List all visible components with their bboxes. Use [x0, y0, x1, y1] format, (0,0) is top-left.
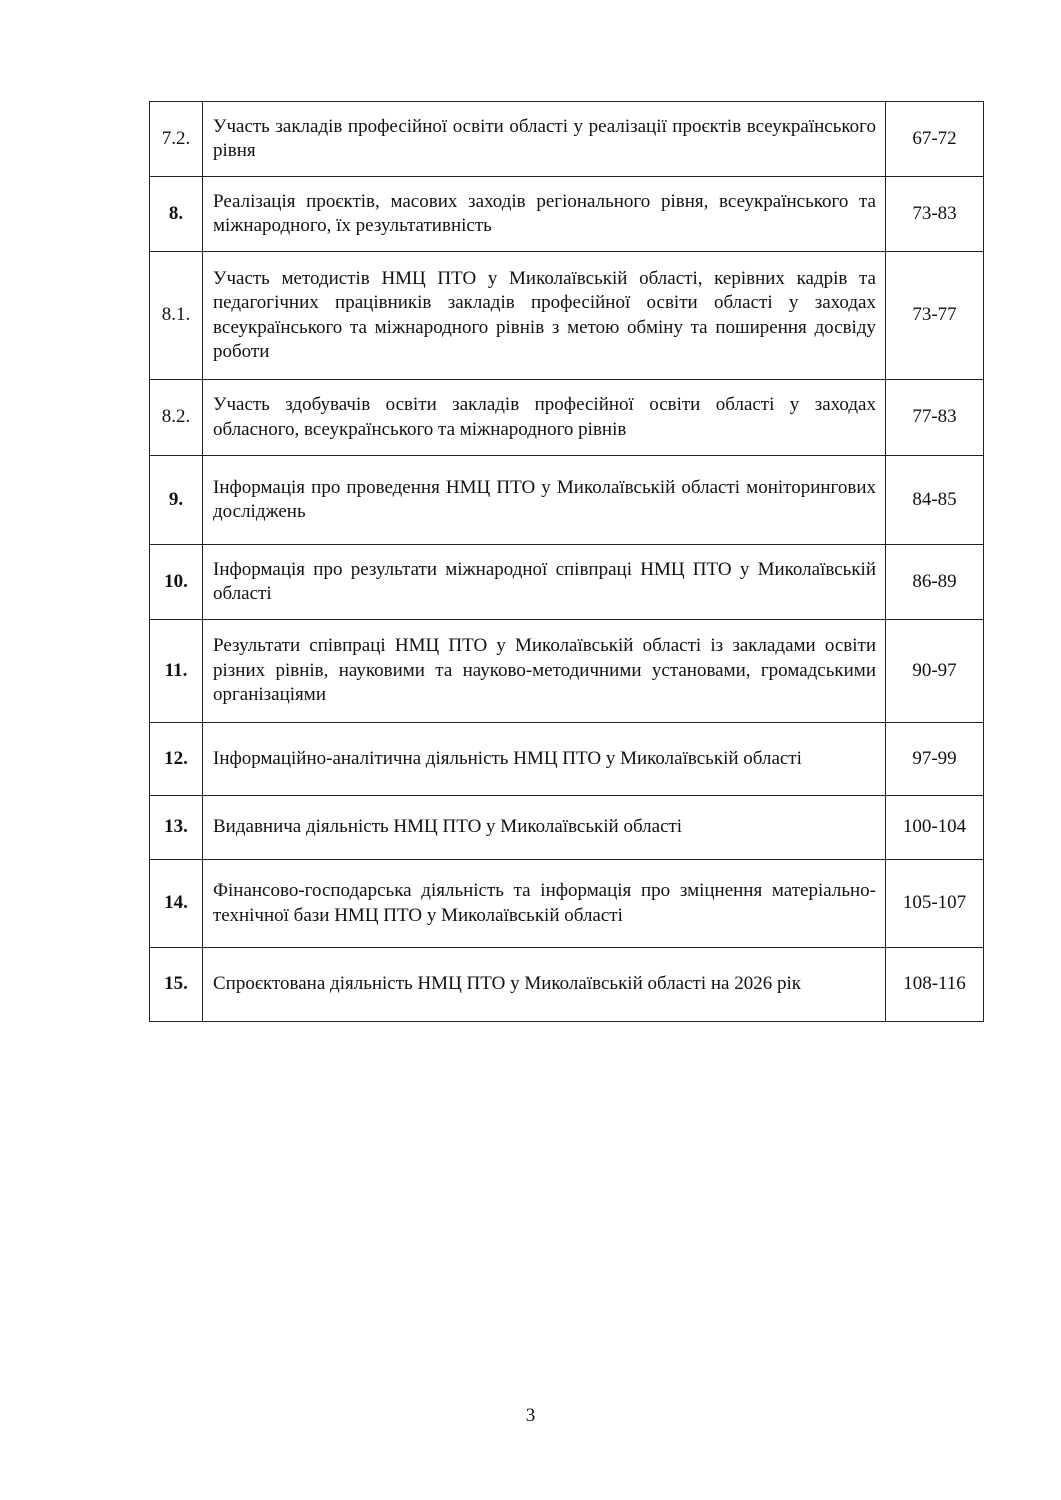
section-number: 7.2.: [150, 102, 203, 177]
page-range: 77-83: [886, 380, 984, 456]
section-number: 11.: [150, 620, 203, 723]
page-range: 67-72: [886, 102, 984, 177]
section-title: Інформація про результати міжнародної сп…: [203, 545, 886, 620]
table-of-contents: 7.2.Участь закладів професійної освіти о…: [149, 101, 984, 1022]
toc-row: 12.Інформаційно-аналітична діяльність НМ…: [150, 723, 984, 796]
page-number: 3: [0, 1405, 1061, 1427]
toc-row: 7.2.Участь закладів професійної освіти о…: [150, 102, 984, 177]
section-number: 8.2.: [150, 380, 203, 456]
toc-body: 7.2.Участь закладів професійної освіти о…: [150, 102, 984, 1022]
page-range: 73-83: [886, 177, 984, 252]
section-title: Участь закладів професійної освіти облас…: [203, 102, 886, 177]
page-range: 86-89: [886, 545, 984, 620]
page-range: 97-99: [886, 723, 984, 796]
page-range: 100-104: [886, 796, 984, 860]
section-title: Участь здобувачів освіти закладів профес…: [203, 380, 886, 456]
section-title: Спроєктована діяльність НМЦ ПТО у Микола…: [203, 948, 886, 1022]
page-range: 90-97: [886, 620, 984, 723]
section-number: 14.: [150, 860, 203, 948]
section-number: 8.: [150, 177, 203, 252]
page-range: 108-116: [886, 948, 984, 1022]
toc-row: 13.Видавнича діяльність НМЦ ПТО у Микола…: [150, 796, 984, 860]
toc-row: 15.Спроєктована діяльність НМЦ ПТО у Мик…: [150, 948, 984, 1022]
section-title: Фінансово-господарська діяльність та інф…: [203, 860, 886, 948]
toc-row: 14.Фінансово-господарська діяльність та …: [150, 860, 984, 948]
section-title: Видавнича діяльність НМЦ ПТО у Миколаївс…: [203, 796, 886, 860]
section-number: 12.: [150, 723, 203, 796]
section-number: 8.1.: [150, 252, 203, 380]
toc-row: 8.2.Участь здобувачів освіти закладів пр…: [150, 380, 984, 456]
page-range: 84-85: [886, 456, 984, 545]
section-number: 9.: [150, 456, 203, 545]
section-title: Інформація про проведення НМЦ ПТО у Мико…: [203, 456, 886, 545]
section-number: 10.: [150, 545, 203, 620]
toc-row: 8.1.Участь методистів НМЦ ПТО у Миколаїв…: [150, 252, 984, 380]
section-title: Інформаційно-аналітична діяльність НМЦ П…: [203, 723, 886, 796]
section-title: Результати співпраці НМЦ ПТО у Миколаївс…: [203, 620, 886, 723]
toc-row: 8.Реалізація проєктів, масових заходів р…: [150, 177, 984, 252]
section-title: Участь методистів НМЦ ПТО у Миколаївські…: [203, 252, 886, 380]
section-number: 15.: [150, 948, 203, 1022]
toc-row: 11.Результати співпраці НМЦ ПТО у Микола…: [150, 620, 984, 723]
page-range: 73-77: [886, 252, 984, 380]
toc-row: 9.Інформація про проведення НМЦ ПТО у Ми…: [150, 456, 984, 545]
section-title: Реалізація проєктів, масових заходів рег…: [203, 177, 886, 252]
section-number: 13.: [150, 796, 203, 860]
toc-row: 10.Інформація про результати міжнародної…: [150, 545, 984, 620]
page-range: 105-107: [886, 860, 984, 948]
